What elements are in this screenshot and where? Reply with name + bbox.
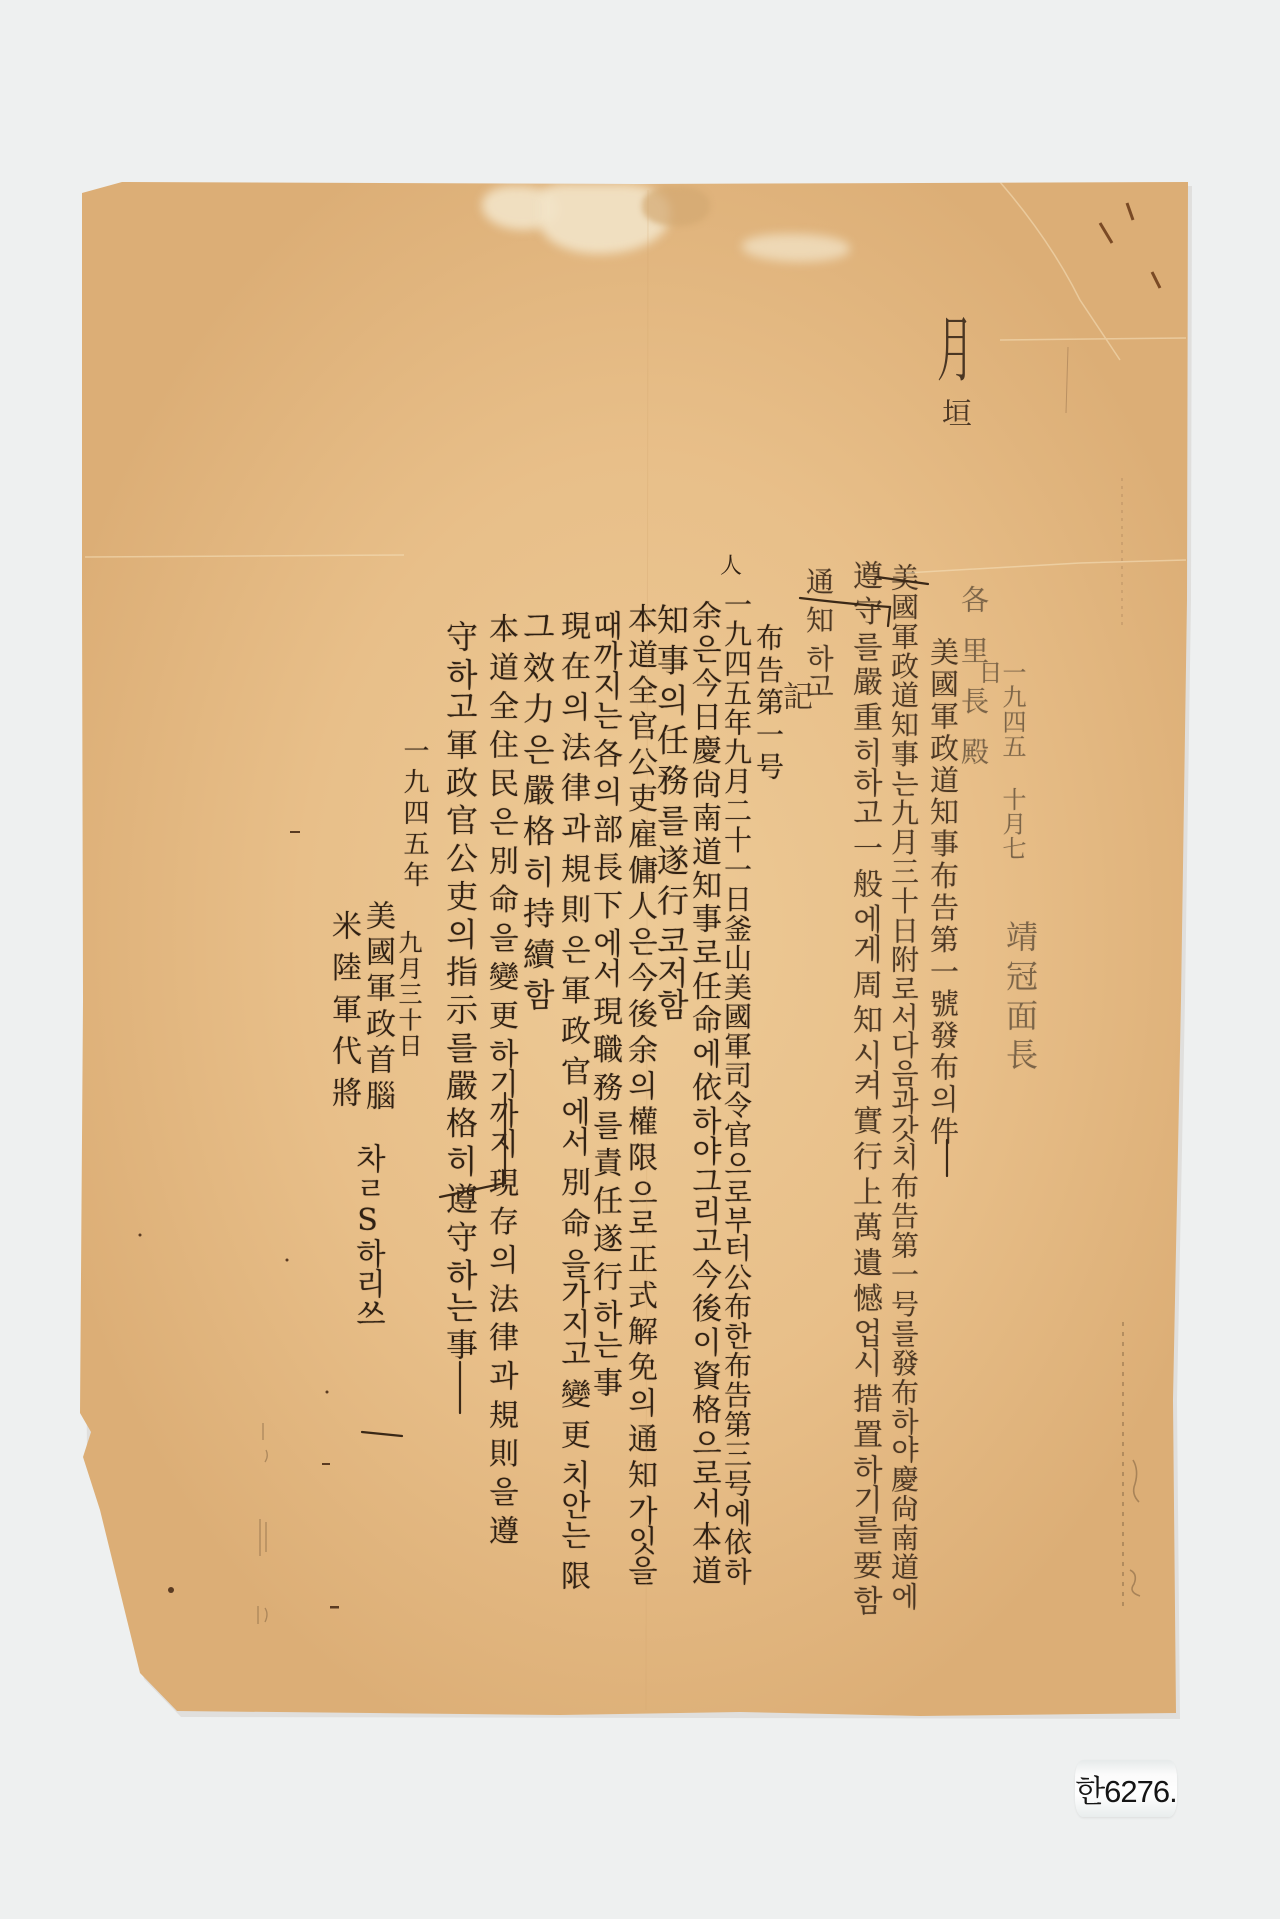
proclamation-line-7: 그效力은嚴格히持續함 <box>521 610 553 1010</box>
proclamation-start-mark: 人 <box>720 556 742 578</box>
proclamation-date-year: 一九四五年 <box>401 737 427 887</box>
document-paper: 月 垣 一九四五 十月七日 靖冠面長 各里長殿 美國軍政道知事布告第一號發布의件… <box>0 0 1280 1919</box>
proclamation-date-day: 九月三十日 <box>396 930 420 1057</box>
cover-letter-recipient: 各里長殿 <box>959 585 987 765</box>
proclamation-line-4: 本道全官公吏雇傭人은今後余의權限으로正式解免의通知가잇을 <box>624 603 654 1585</box>
brown-patch <box>642 186 710 226</box>
cover-letter-sender: 靖冠面長 <box>1004 920 1036 1070</box>
proclamation-line-2: 余은今日慶尙南道知事로任命에依하야그리고今後이資格으로서本道 <box>688 600 718 1585</box>
proclamation-line-9: 守하고軍政官公吏의指示를嚴格히遵守하는事 <box>444 620 476 1360</box>
margin-note-month: 月 <box>937 317 973 389</box>
cover-letter-note-mark: 記 <box>783 683 813 713</box>
signer-name: 차ㄹS하리쓰 <box>352 1143 382 1435</box>
proclamation-line-6: 現在의法律과規則은軍政官에서別命을가지고變更치안는限 <box>557 610 587 1590</box>
proclamation-line-3: 知事의任務를遂行코저함 <box>655 603 687 1020</box>
cover-letter-body-line-2: 遵守를嚴重히하고一般에게周知시켜實行上萬遺憾업시措置하기를要함 <box>849 560 879 1615</box>
bleed-through-text <box>1123 1322 1140 1612</box>
proclamation-line-1: 一九四五年九月二十一日釜山美國軍司令官으로부터公布한布告第三号에依하 <box>722 590 750 1585</box>
faint-left-marks <box>258 1423 267 1624</box>
proclamation-title: 布告第一号 <box>754 623 782 780</box>
margin-rule-lines <box>1066 347 1122 625</box>
margin-note-seal: 垣 <box>942 400 972 430</box>
proclamation-line-8: 本道全住民은別命을變更하기까지現存의法律과規則을遵 <box>485 613 515 1545</box>
proclamation-line-5: 때까지는各의部長下에서現職務를責任遂行하는事 <box>589 610 619 1397</box>
signer-title: 美國軍政首腦 <box>362 900 392 1110</box>
catalog-number-text: 한6276. <box>1075 1766 1177 1811</box>
signer-rank: 米陸軍代將 <box>328 910 358 1107</box>
cover-letter-body-line-1: 美國軍政道知事는九月三十日附로서다음과갓치布告第一号를發布하야慶尙南道에 <box>889 563 917 1610</box>
catalog-number-label: 한6276. <box>1075 1760 1177 1817</box>
water-stain <box>742 234 850 262</box>
cover-letter-subject: 美國軍政道知事布告第一號發布의件 <box>928 637 957 1145</box>
cover-letter-date: 一九四五 十月七日 <box>1000 660 1024 860</box>
